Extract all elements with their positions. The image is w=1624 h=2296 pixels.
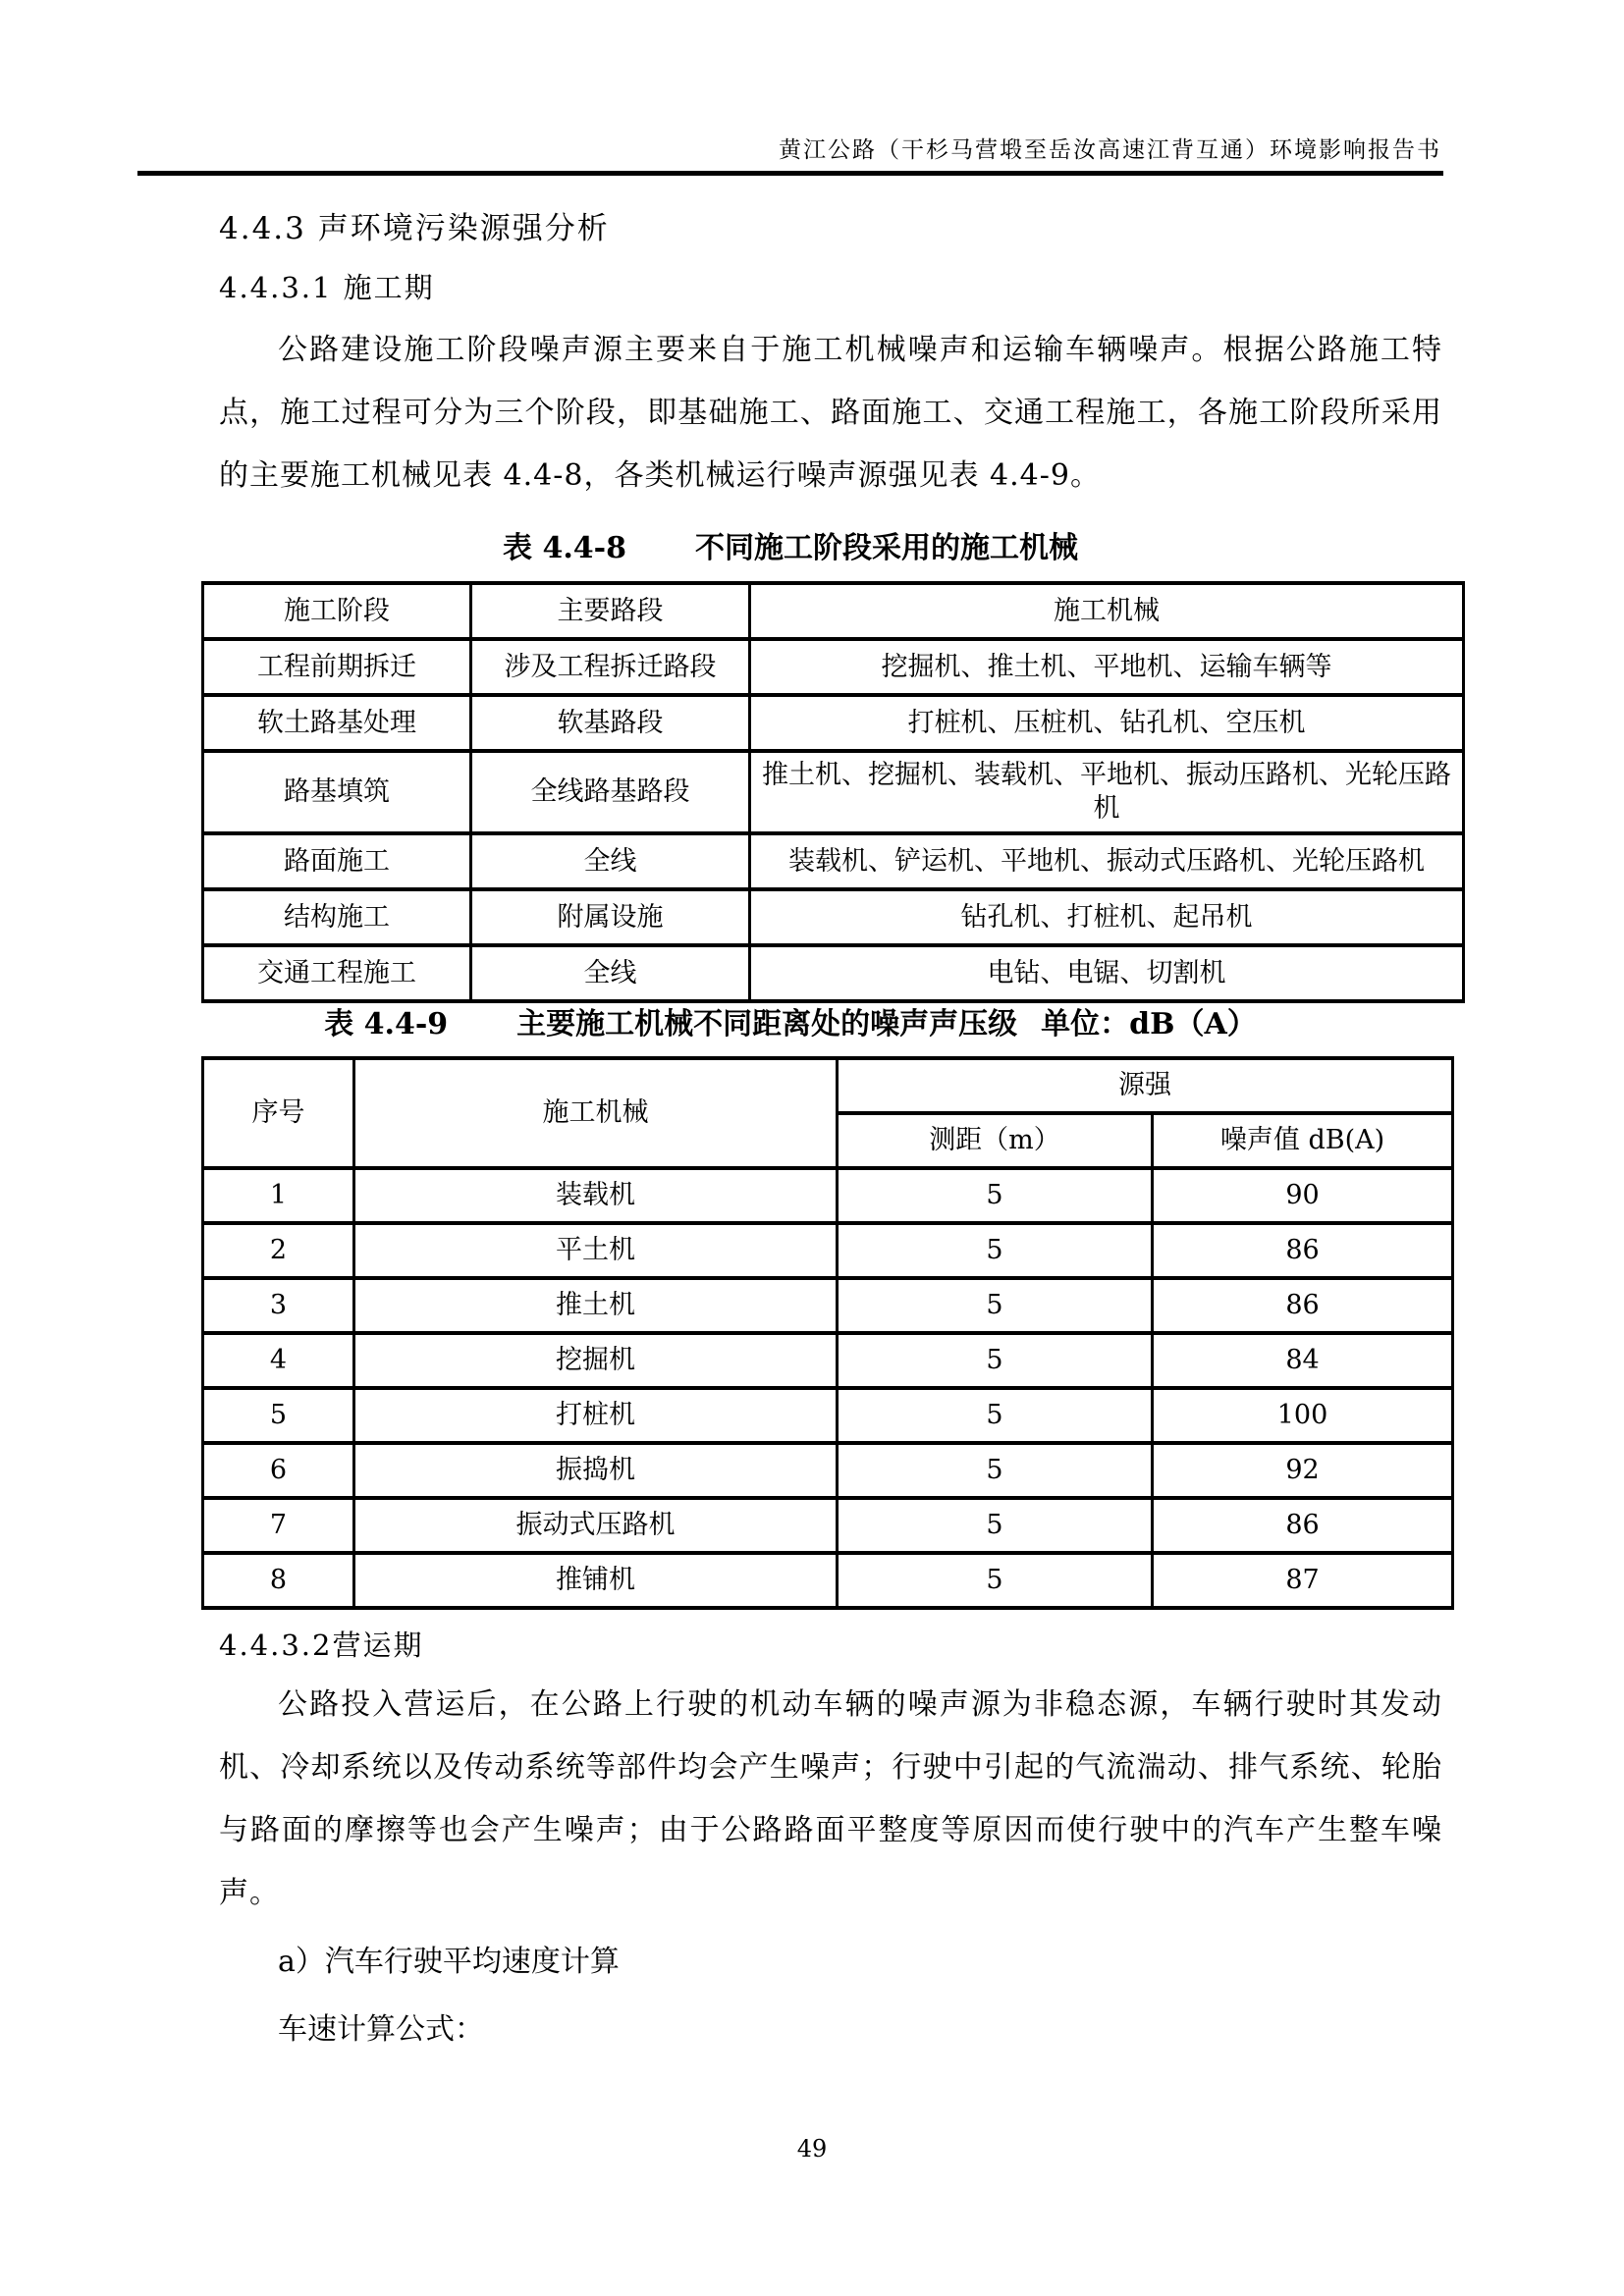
section-heading-443: 4.4.3 声环境污染源强分析 — [219, 203, 610, 247]
table-header-row: 序号 施工机械 源强 — [203, 1058, 1453, 1113]
table-cell: 5 — [838, 1498, 1153, 1553]
paragraph-operation-noise: 公路投入营运后，在公路上行驶的机动车辆的噪声源为非稳态源，车辆行驶时其发动机、冷… — [219, 1674, 1442, 1925]
document-header-title: 黄江公路（干杉马营塅至岳汝高速江背互通）环境影响报告书 — [779, 132, 1441, 164]
table-cell: 电钻、电锯、切割机 — [750, 945, 1464, 1001]
table-cell: 1 — [203, 1168, 354, 1223]
column-group-header: 源强 — [838, 1058, 1453, 1113]
column-header: 测距（m） — [838, 1113, 1153, 1168]
table-cell: 全线 — [471, 833, 750, 889]
table-cell: 3 — [203, 1278, 354, 1333]
table-cell: 5 — [838, 1333, 1153, 1388]
section-heading-4431: 4.4.3.1 施工期 — [219, 266, 435, 306]
table-cell: 全线路基路段 — [471, 751, 750, 833]
table-row: 1 装载机 5 90 — [203, 1168, 1453, 1223]
table-cell: 打桩机 — [354, 1388, 838, 1443]
table-cell: 5 — [838, 1168, 1153, 1223]
column-header: 施工机械 — [354, 1058, 838, 1168]
table-cell: 6 — [203, 1443, 354, 1498]
table-cell: 7 — [203, 1498, 354, 1553]
table-cell: 8 — [203, 1553, 354, 1608]
table-449-caption-title: 主要施工机械不同距离处的噪声声压级 — [516, 999, 1017, 1042]
table-cell: 软土路基处理 — [203, 695, 471, 751]
table-cell: 5 — [838, 1388, 1153, 1443]
table-449-caption-unit: 单位：dB（A） — [1041, 999, 1257, 1042]
table-row: 路基填筑 全线路基路段 推土机、挖掘机、装载机、平地机、振动压路机、光轮压路机 — [203, 751, 1464, 833]
table-row: 工程前期拆迁 涉及工程拆迁路段 挖掘机、推土机、平地机、运输车辆等 — [203, 639, 1464, 695]
table-448-caption-title: 不同施工阶段采用的施工机械 — [695, 523, 1078, 566]
table-cell: 5 — [838, 1223, 1153, 1278]
table-448-caption-label: 表 4.4-8 — [503, 523, 626, 566]
table-449-caption: 表 4.4-9 主要施工机械不同距离处的噪声声压级 单位：dB（A） — [137, 999, 1443, 1042]
column-header: 主要路段 — [471, 583, 750, 639]
table-448-caption: 表 4.4-8 不同施工阶段采用的施工机械 — [137, 523, 1443, 566]
table-row: 6 振捣机 5 92 — [203, 1443, 1453, 1498]
table-cell: 5 — [838, 1278, 1153, 1333]
section-heading-4432: 4.4.3.2营运期 — [219, 1624, 423, 1664]
table-cell: 钻孔机、打桩机、起吊机 — [750, 889, 1464, 945]
table-cell: 86 — [1153, 1498, 1453, 1553]
table-cell: 100 — [1153, 1388, 1453, 1443]
table-construction-machines: 施工阶段 主要路段 施工机械 工程前期拆迁 涉及工程拆迁路段 挖掘机、推土机、平… — [201, 581, 1465, 1003]
list-item-speed-calculation: a）汽车行驶平均速度计算 — [219, 1931, 1442, 1994]
table-row: 8 推铺机 5 87 — [203, 1553, 1453, 1608]
table-cell: 4 — [203, 1333, 354, 1388]
table-cell: 打桩机、压桩机、钻孔机、空压机 — [750, 695, 1464, 751]
column-header: 噪声值 dB(A) — [1153, 1113, 1453, 1168]
table-cell: 86 — [1153, 1223, 1453, 1278]
table-cell: 装载机、铲运机、平地机、振动式压路机、光轮压路机 — [750, 833, 1464, 889]
table-cell: 附属设施 — [471, 889, 750, 945]
table-cell: 5 — [838, 1553, 1153, 1608]
table-row: 2 平土机 5 86 — [203, 1223, 1453, 1278]
table-row: 交通工程施工 全线 电钻、电锯、切割机 — [203, 945, 1464, 1001]
table-cell: 平土机 — [354, 1223, 838, 1278]
table-row: 软土路基处理 软基路段 打桩机、压桩机、钻孔机、空压机 — [203, 695, 1464, 751]
table-machine-noise-levels: 序号 施工机械 源强 测距（m） 噪声值 dB(A) 1 装载机 5 90 2 … — [201, 1056, 1454, 1610]
column-header: 序号 — [203, 1058, 354, 1168]
paragraph-construction-noise: 公路建设施工阶段噪声源主要来自于施工机械噪声和运输车辆噪声。根据公路施工特点，施… — [219, 319, 1442, 507]
table-row: 路面施工 全线 装载机、铲运机、平地机、振动式压路机、光轮压路机 — [203, 833, 1464, 889]
table-cell: 涉及工程拆迁路段 — [471, 639, 750, 695]
table-cell: 87 — [1153, 1553, 1453, 1608]
table-cell: 振捣机 — [354, 1443, 838, 1498]
table-cell: 推土机 — [354, 1278, 838, 1333]
column-header: 施工阶段 — [203, 583, 471, 639]
table-row: 5 打桩机 5 100 — [203, 1388, 1453, 1443]
header-rule — [137, 171, 1443, 176]
table-cell: 结构施工 — [203, 889, 471, 945]
table-cell: 推铺机 — [354, 1553, 838, 1608]
table-row: 3 推土机 5 86 — [203, 1278, 1453, 1333]
table-cell: 装载机 — [354, 1168, 838, 1223]
table-cell: 5 — [203, 1388, 354, 1443]
table-449-caption-label: 表 4.4-9 — [324, 999, 448, 1042]
table-cell: 软基路段 — [471, 695, 750, 751]
table-cell: 推土机、挖掘机、装载机、平地机、振动压路机、光轮压路机 — [750, 751, 1464, 833]
page-number: 49 — [0, 2135, 1624, 2163]
table-row: 7 振动式压路机 5 86 — [203, 1498, 1453, 1553]
table-cell: 2 — [203, 1223, 354, 1278]
table-cell: 92 — [1153, 1443, 1453, 1498]
table-header-row: 施工阶段 主要路段 施工机械 — [203, 583, 1464, 639]
document-page: 黄江公路（干杉马营塅至岳汝高速江背互通）环境影响报告书 4.4.3 声环境污染源… — [0, 0, 1624, 2296]
table-cell: 路基填筑 — [203, 751, 471, 833]
table-cell: 工程前期拆迁 — [203, 639, 471, 695]
column-header: 施工机械 — [750, 583, 1464, 639]
table-cell: 86 — [1153, 1278, 1453, 1333]
table-row: 4 挖掘机 5 84 — [203, 1333, 1453, 1388]
table-cell: 路面施工 — [203, 833, 471, 889]
table-cell: 挖掘机、推土机、平地机、运输车辆等 — [750, 639, 1464, 695]
table-row: 结构施工 附属设施 钻孔机、打桩机、起吊机 — [203, 889, 1464, 945]
table-cell: 交通工程施工 — [203, 945, 471, 1001]
table-cell: 挖掘机 — [354, 1333, 838, 1388]
table-cell: 全线 — [471, 945, 750, 1001]
table-cell: 5 — [838, 1443, 1153, 1498]
formula-lead-text: 车速计算公式： — [219, 1999, 1442, 2061]
table-cell: 84 — [1153, 1333, 1453, 1388]
table-cell: 90 — [1153, 1168, 1453, 1223]
table-cell: 振动式压路机 — [354, 1498, 838, 1553]
